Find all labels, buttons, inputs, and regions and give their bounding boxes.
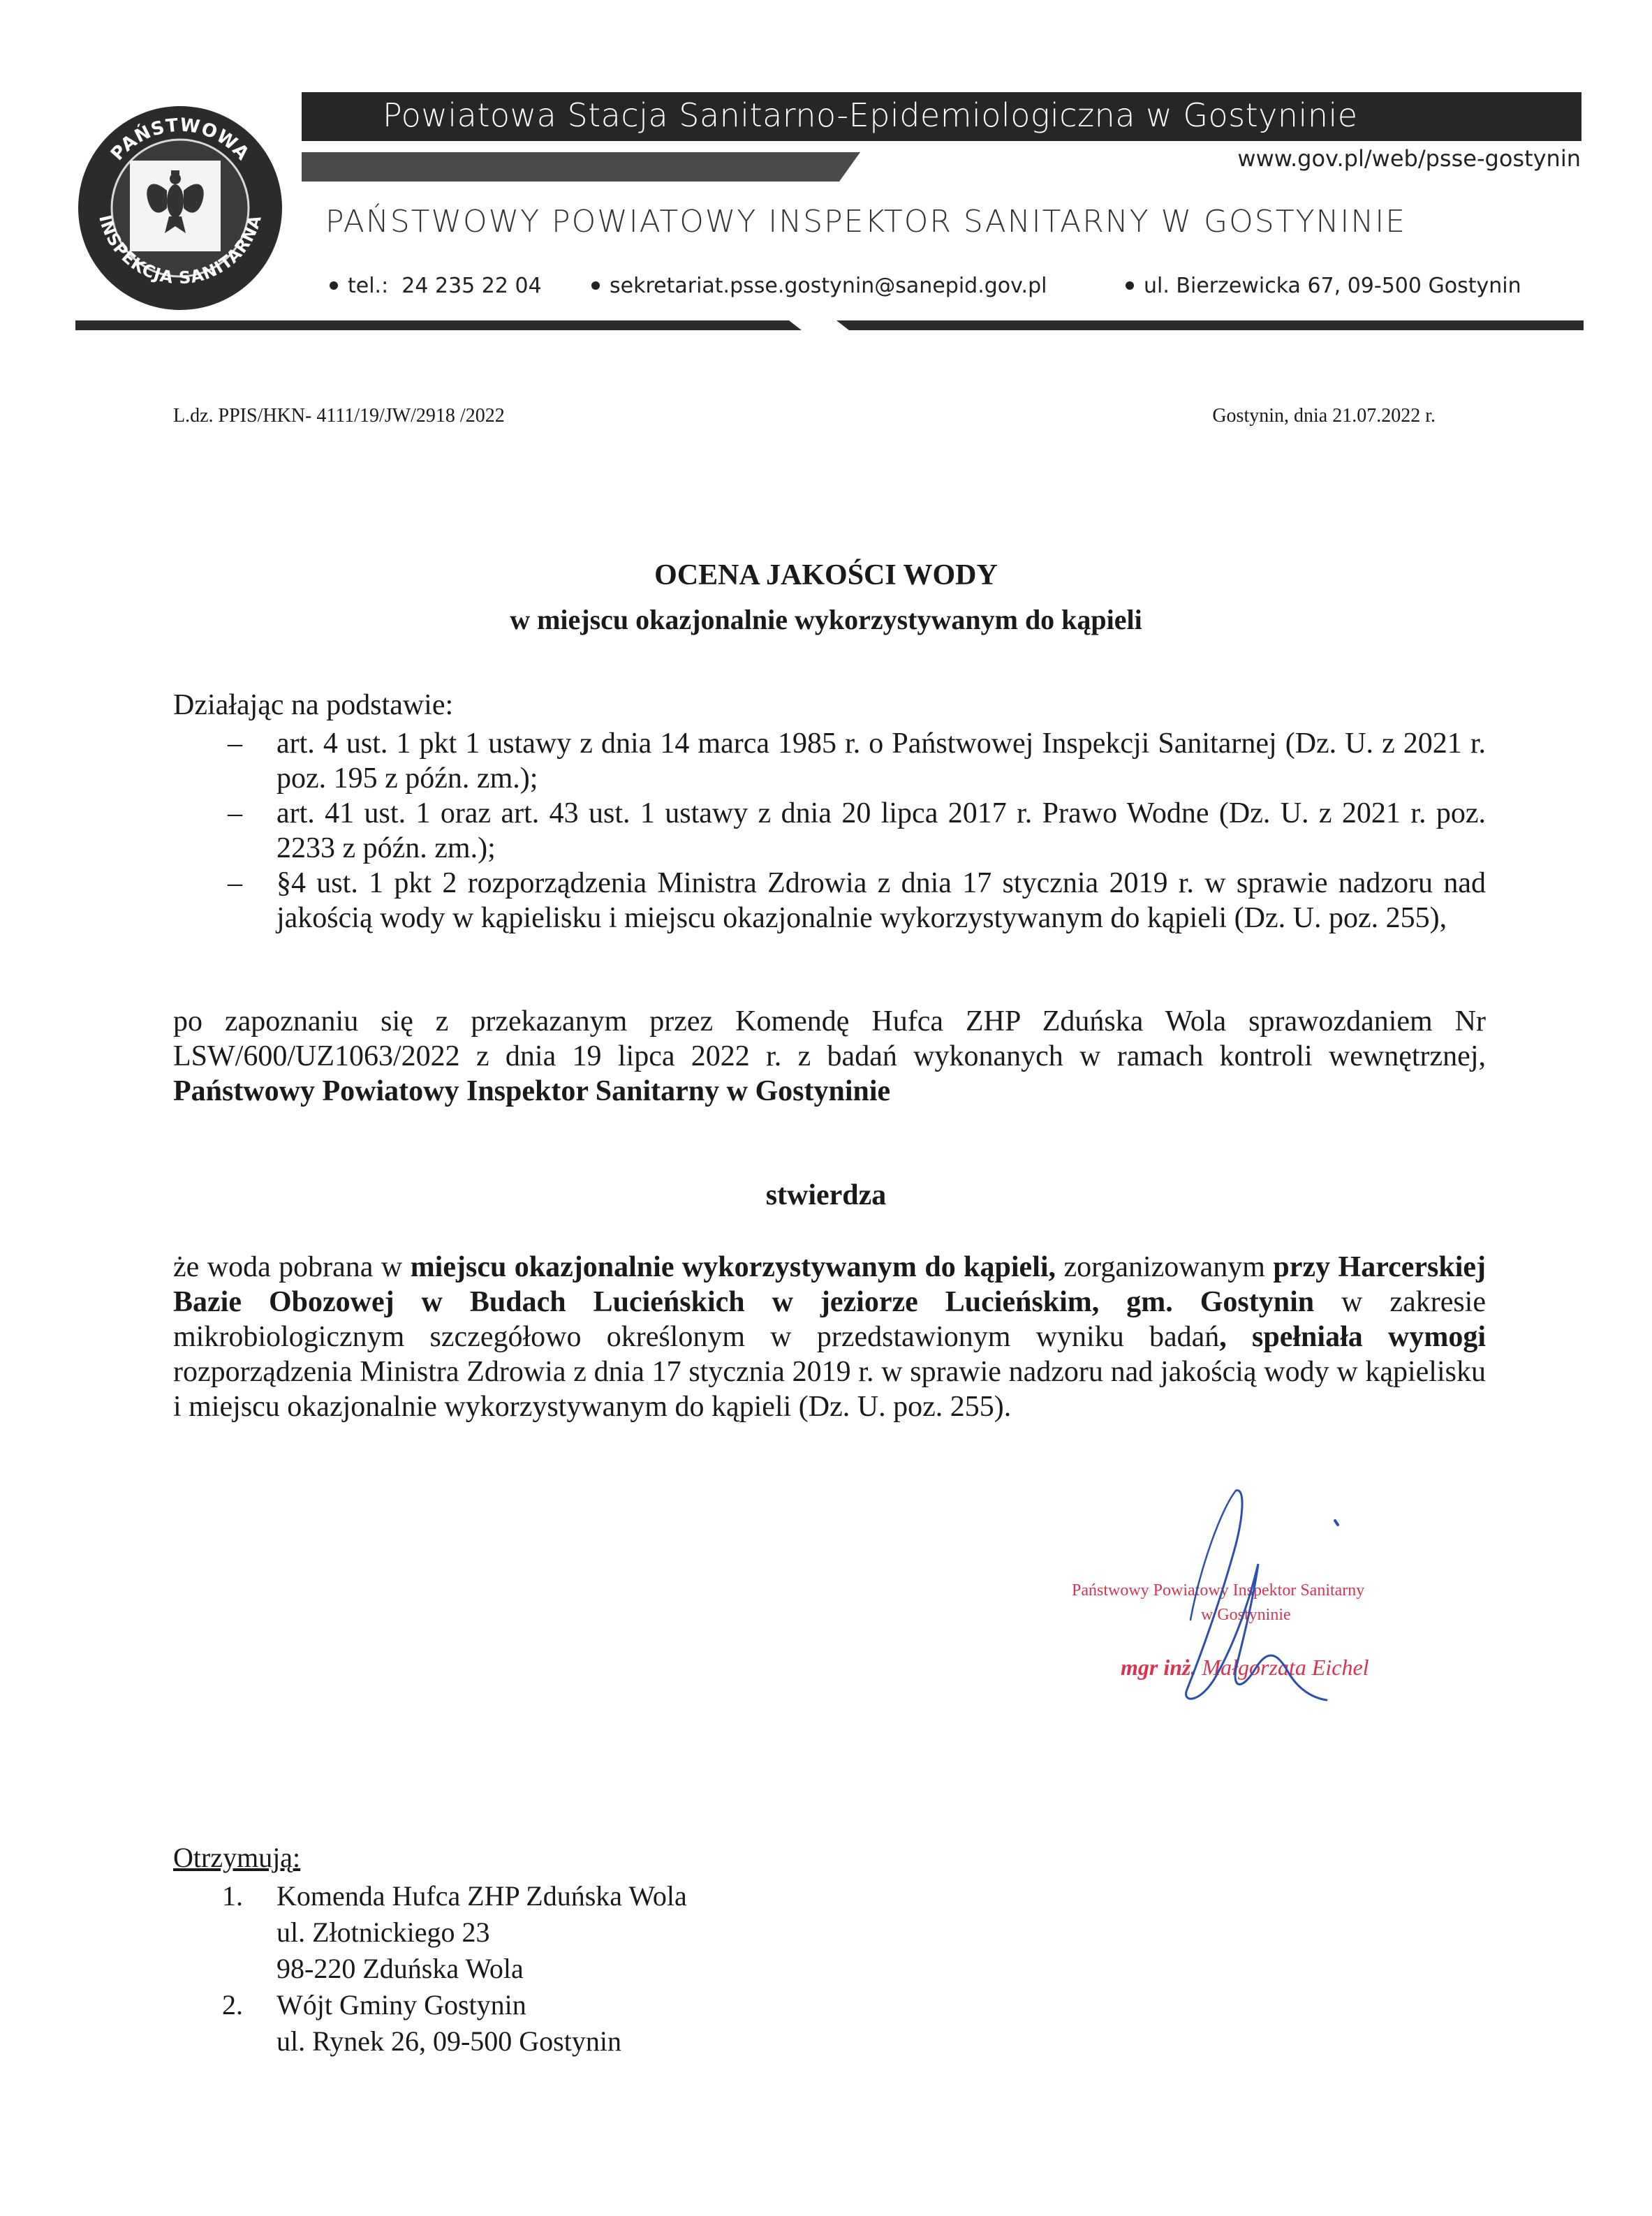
legal-basis-item: –§4 ust. 1 pkt 2 rozporządzenia Ministra…: [173, 866, 1486, 936]
contact-address: ul. Bierzewicka 67, 09-500 Gostynin: [1126, 274, 1521, 298]
intro-text: Działając na podstawie:: [173, 688, 1486, 723]
sanitary-inspection-emblem-icon: PAŃSTWOWA INSPEKCJA SANITARNA: [75, 103, 285, 313]
contact-email[interactable]: sekretariat.psse.gostynin@sanepid.gov.pl: [591, 274, 1047, 298]
dash-bullet: –: [228, 866, 242, 901]
inspection-logo: PAŃSTWOWA INSPEKCJA SANITARNA: [75, 103, 285, 313]
legal-basis-item: –art. 41 ust. 1 oraz art. 43 ust. 1 usta…: [173, 796, 1486, 866]
header-divider: [75, 318, 1584, 333]
bullet-icon: [1126, 281, 1134, 290]
document-title: OCENA JAKOŚCI WODY: [0, 559, 1652, 592]
institution-name: Powiatowa Stacja Sanitarno-Epidemiologic…: [383, 91, 1358, 140]
reference-number: L.dz. PPIS/HKN- 4111/19/JW/2918 /2022: [173, 405, 505, 427]
recipients-heading: Otrzymują:: [173, 1841, 300, 1874]
contact-phone: tel.: 24 235 22 04: [330, 274, 542, 298]
dash-bullet: –: [228, 726, 242, 761]
bullet-icon: [330, 281, 338, 290]
bullet-icon: [591, 281, 600, 290]
authority-name: PAŃSTWOWY POWIATOWY INSPEKTOR SANITARNY …: [325, 204, 1406, 239]
header-decorative-stripe: [302, 152, 860, 182]
verdict-heading: stwierdza: [0, 1179, 1652, 1212]
handwritten-signature-icon: [1033, 1480, 1480, 1718]
website-link[interactable]: www.gov.pl/web/psse-gostynin: [1237, 145, 1581, 172]
legal-basis-item: –art. 4 ust. 1 pkt 1 ustawy z dnia 14 ma…: [173, 726, 1486, 796]
basis-paragraph: po zapoznaniu się z przekazanym przez Ko…: [173, 1004, 1486, 1109]
recipients-list: 1. Komenda Hufca ZHP Zduńska Wola ul. Zł…: [173, 1878, 687, 2060]
recipient-item: 2. Wójt Gminy Gostynin ul. Rynek 26, 09-…: [173, 1987, 687, 2060]
place-date: Gostynin, dnia 21.07.2022 r.: [1212, 405, 1436, 427]
finding-paragraph: że woda pobrana w miejscu okazjonalnie w…: [173, 1250, 1486, 1424]
legal-basis-list: –art. 4 ust. 1 pkt 1 ustawy z dnia 14 ma…: [173, 726, 1486, 936]
document-subtitle: w miejscu okazjonalnie wykorzystywanym d…: [0, 603, 1652, 636]
recipient-item: 1. Komenda Hufca ZHP Zduńska Wola ul. Zł…: [173, 1878, 687, 1987]
dash-bullet: –: [228, 796, 242, 831]
